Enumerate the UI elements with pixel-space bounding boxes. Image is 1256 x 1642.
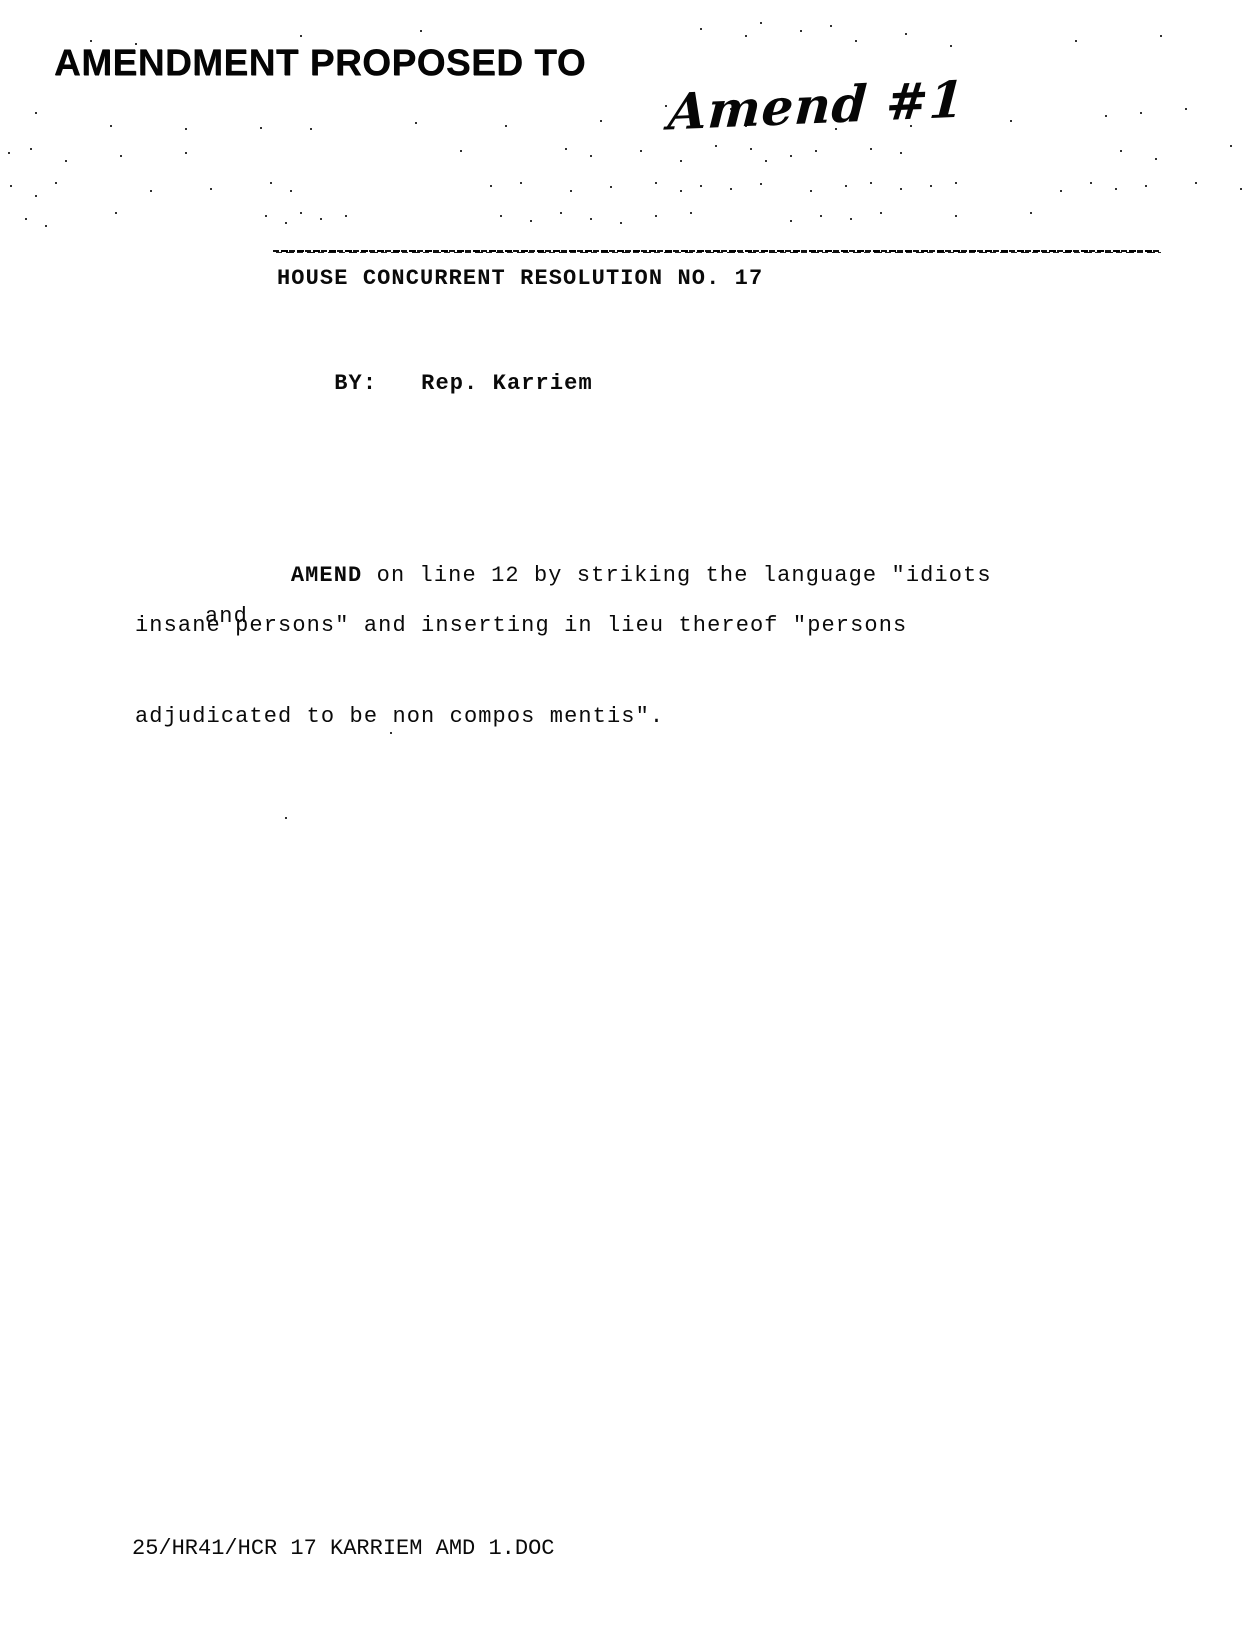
scan-separator-line xyxy=(273,250,1161,254)
body-line-3: adjudicated to be non compos mentis". xyxy=(135,696,1015,737)
body-line-1: AMEND on line 12 by striking the languag… xyxy=(135,514,1015,555)
scanner-noise-speckles xyxy=(0,0,2,2)
sponsor-label: BY: xyxy=(334,371,377,396)
footer-file-reference: 25/HR41/HCR 17 KARRIEM AMD 1.DOC xyxy=(132,1536,554,1561)
resolution-title: HOUSE CONCURRENT RESOLUTION NO. 17 xyxy=(277,266,763,291)
sponsor-line: BY:Rep. Karriem xyxy=(277,346,593,421)
document-title: AMENDMENT PROPOSED TO xyxy=(54,42,586,84)
sponsor-name: Rep. Karriem xyxy=(421,371,593,396)
amend-keyword: AMEND xyxy=(291,563,363,588)
body-line-2: insane persons" and inserting in lieu th… xyxy=(135,605,1015,646)
scanned-document-page: AMENDMENT PROPOSED TO Amend #1 HOUSE CON… xyxy=(0,0,1256,1642)
amendment-body: AMEND on line 12 by striking the languag… xyxy=(135,464,1015,787)
handwritten-annotation: Amend #1 xyxy=(666,69,966,141)
